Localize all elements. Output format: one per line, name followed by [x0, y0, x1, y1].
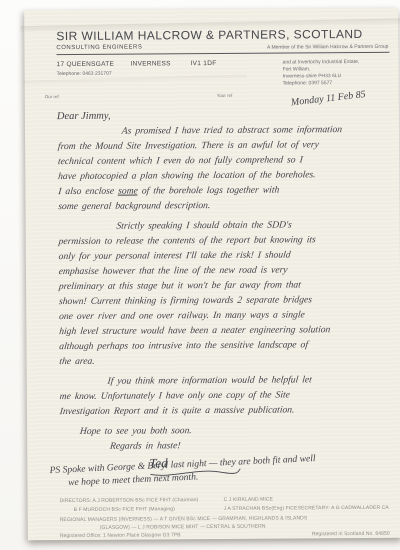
group-note: A Member of the Sir William Halcrow & Pa…	[267, 44, 388, 51]
footer-registered-office: Registered Office: 1 Newton Place Glasgo…	[60, 532, 181, 539]
footer-director-managing: B F MURDOCH BSc FICE FIHT (Managing)	[74, 506, 175, 513]
company-division: CONSULTING ENGINEERS	[56, 44, 142, 51]
footer-regional-inverness: REGIONAL MANAGERS (INVERNESS) — A T GIVE…	[60, 515, 308, 523]
letterhead-rule	[56, 52, 389, 56]
our-ref-label: Our ref	[45, 94, 59, 99]
footer-director-2: C J KIRKLAND MICE	[224, 497, 274, 503]
company-name: SIR WILLIAM HALCROW & PARTNERS, SCOTLAND	[56, 27, 362, 43]
letter-line: Regards in haste!	[109, 437, 396, 454]
footer-row-directors-2: B F MURDOCH BSc FICE FIHT (Managing) J A…	[28, 505, 400, 515]
letter-body-lines: As promised I have tried to abstract som…	[57, 122, 395, 454]
address-city: INVERNESS	[131, 60, 171, 67]
letter-paper: SIR WILLIAM HALCROW & PARTNERS, SCOTLAND…	[24, 8, 400, 541]
address-postcode: IV1 1DF	[191, 60, 217, 67]
letter-body: Dear Jimmy, As promised I have tried to …	[57, 107, 396, 478]
footer-director-3: J A STRACHAN BSc(Eng) FICE	[224, 505, 298, 512]
letter-line: the area.	[59, 352, 396, 369]
scanned-letter-photo: SIR WILLIAM HALCROW & PARTNERS, SCOTLAND…	[0, 0, 400, 550]
footer-row-registered: Registered Office: 1 Newton Place Glasgo…	[28, 531, 400, 541]
branch-address: and at Inverlochy Industrial Estate,Fort…	[283, 59, 360, 88]
address-phone: Telephone: 0463 231707	[57, 71, 112, 77]
footer-secretary: SECRETARY: A G CADWALLADER CA	[298, 505, 389, 512]
branch-address-line: Telephone: 0397 5577	[283, 80, 360, 88]
letter-line: some general background description.	[58, 197, 395, 214]
footer-row-directors: DIRECTORS: A J ROBERTSON BSc FICE FIHT (…	[28, 496, 400, 506]
address-street: 17 QUEENSGATE	[57, 61, 115, 68]
footer-registered-number: Registered in Scotland No. 84850	[312, 531, 390, 538]
your-ref-label: Your ref	[217, 93, 233, 98]
branch-address-line: and at Inverlochy Industrial Estate,	[283, 59, 360, 67]
footer-director-chairman: DIRECTORS: A J ROBERTSON BSc FICE FIHT (…	[60, 497, 199, 504]
footer-regional-glasgow: (GLASGOW) — L J ROBISON MICE MIHT — CENT…	[100, 524, 266, 531]
letter-line: Investigation Report and it is quite a m…	[59, 402, 396, 419]
letter-date: Monday 11 Feb 85	[290, 89, 366, 108]
